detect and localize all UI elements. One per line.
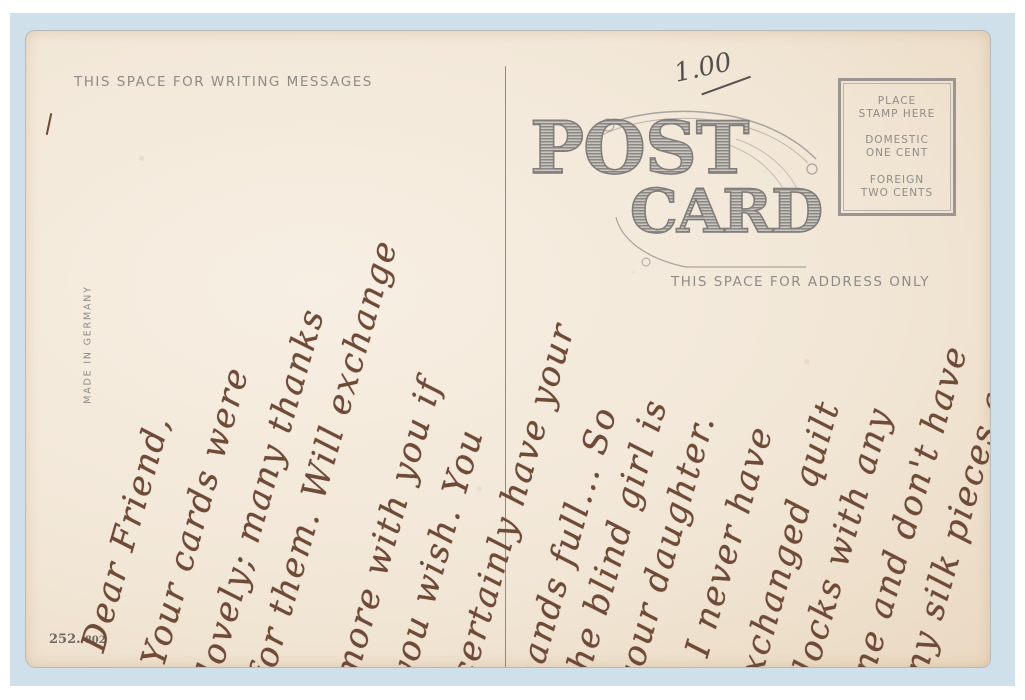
stamp-box: PLACE STAMP HERE DOMESTIC ONE CENT FOREI… bbox=[838, 78, 956, 216]
stamp-text-place: PLACE bbox=[841, 95, 953, 107]
stamp-text-two-cents: TWO CENTS bbox=[841, 187, 953, 199]
logo-card-text: CARD bbox=[630, 177, 822, 247]
post-card-logo: POST CARD bbox=[526, 99, 826, 279]
stamp-text-here: STAMP HERE bbox=[841, 108, 953, 120]
stamp-text-one-cent: ONE CENT bbox=[841, 147, 953, 159]
page-number-mark bbox=[46, 113, 53, 135]
address-area-header: THIS SPACE FOR ADDRESS ONLY bbox=[671, 274, 930, 290]
made-in-germany-label: MADE IN GERMANY bbox=[83, 285, 94, 405]
message-area-header: THIS SPACE FOR WRITING MESSAGES bbox=[74, 74, 373, 90]
pencil-price-note: 1.00 bbox=[672, 47, 735, 88]
stamp-text-domestic: DOMESTIC bbox=[841, 134, 953, 146]
postcard: THIS SPACE FOR WRITING MESSAGES MADE IN … bbox=[26, 31, 990, 667]
stamp-text-foreign: FOREIGN bbox=[841, 174, 953, 186]
